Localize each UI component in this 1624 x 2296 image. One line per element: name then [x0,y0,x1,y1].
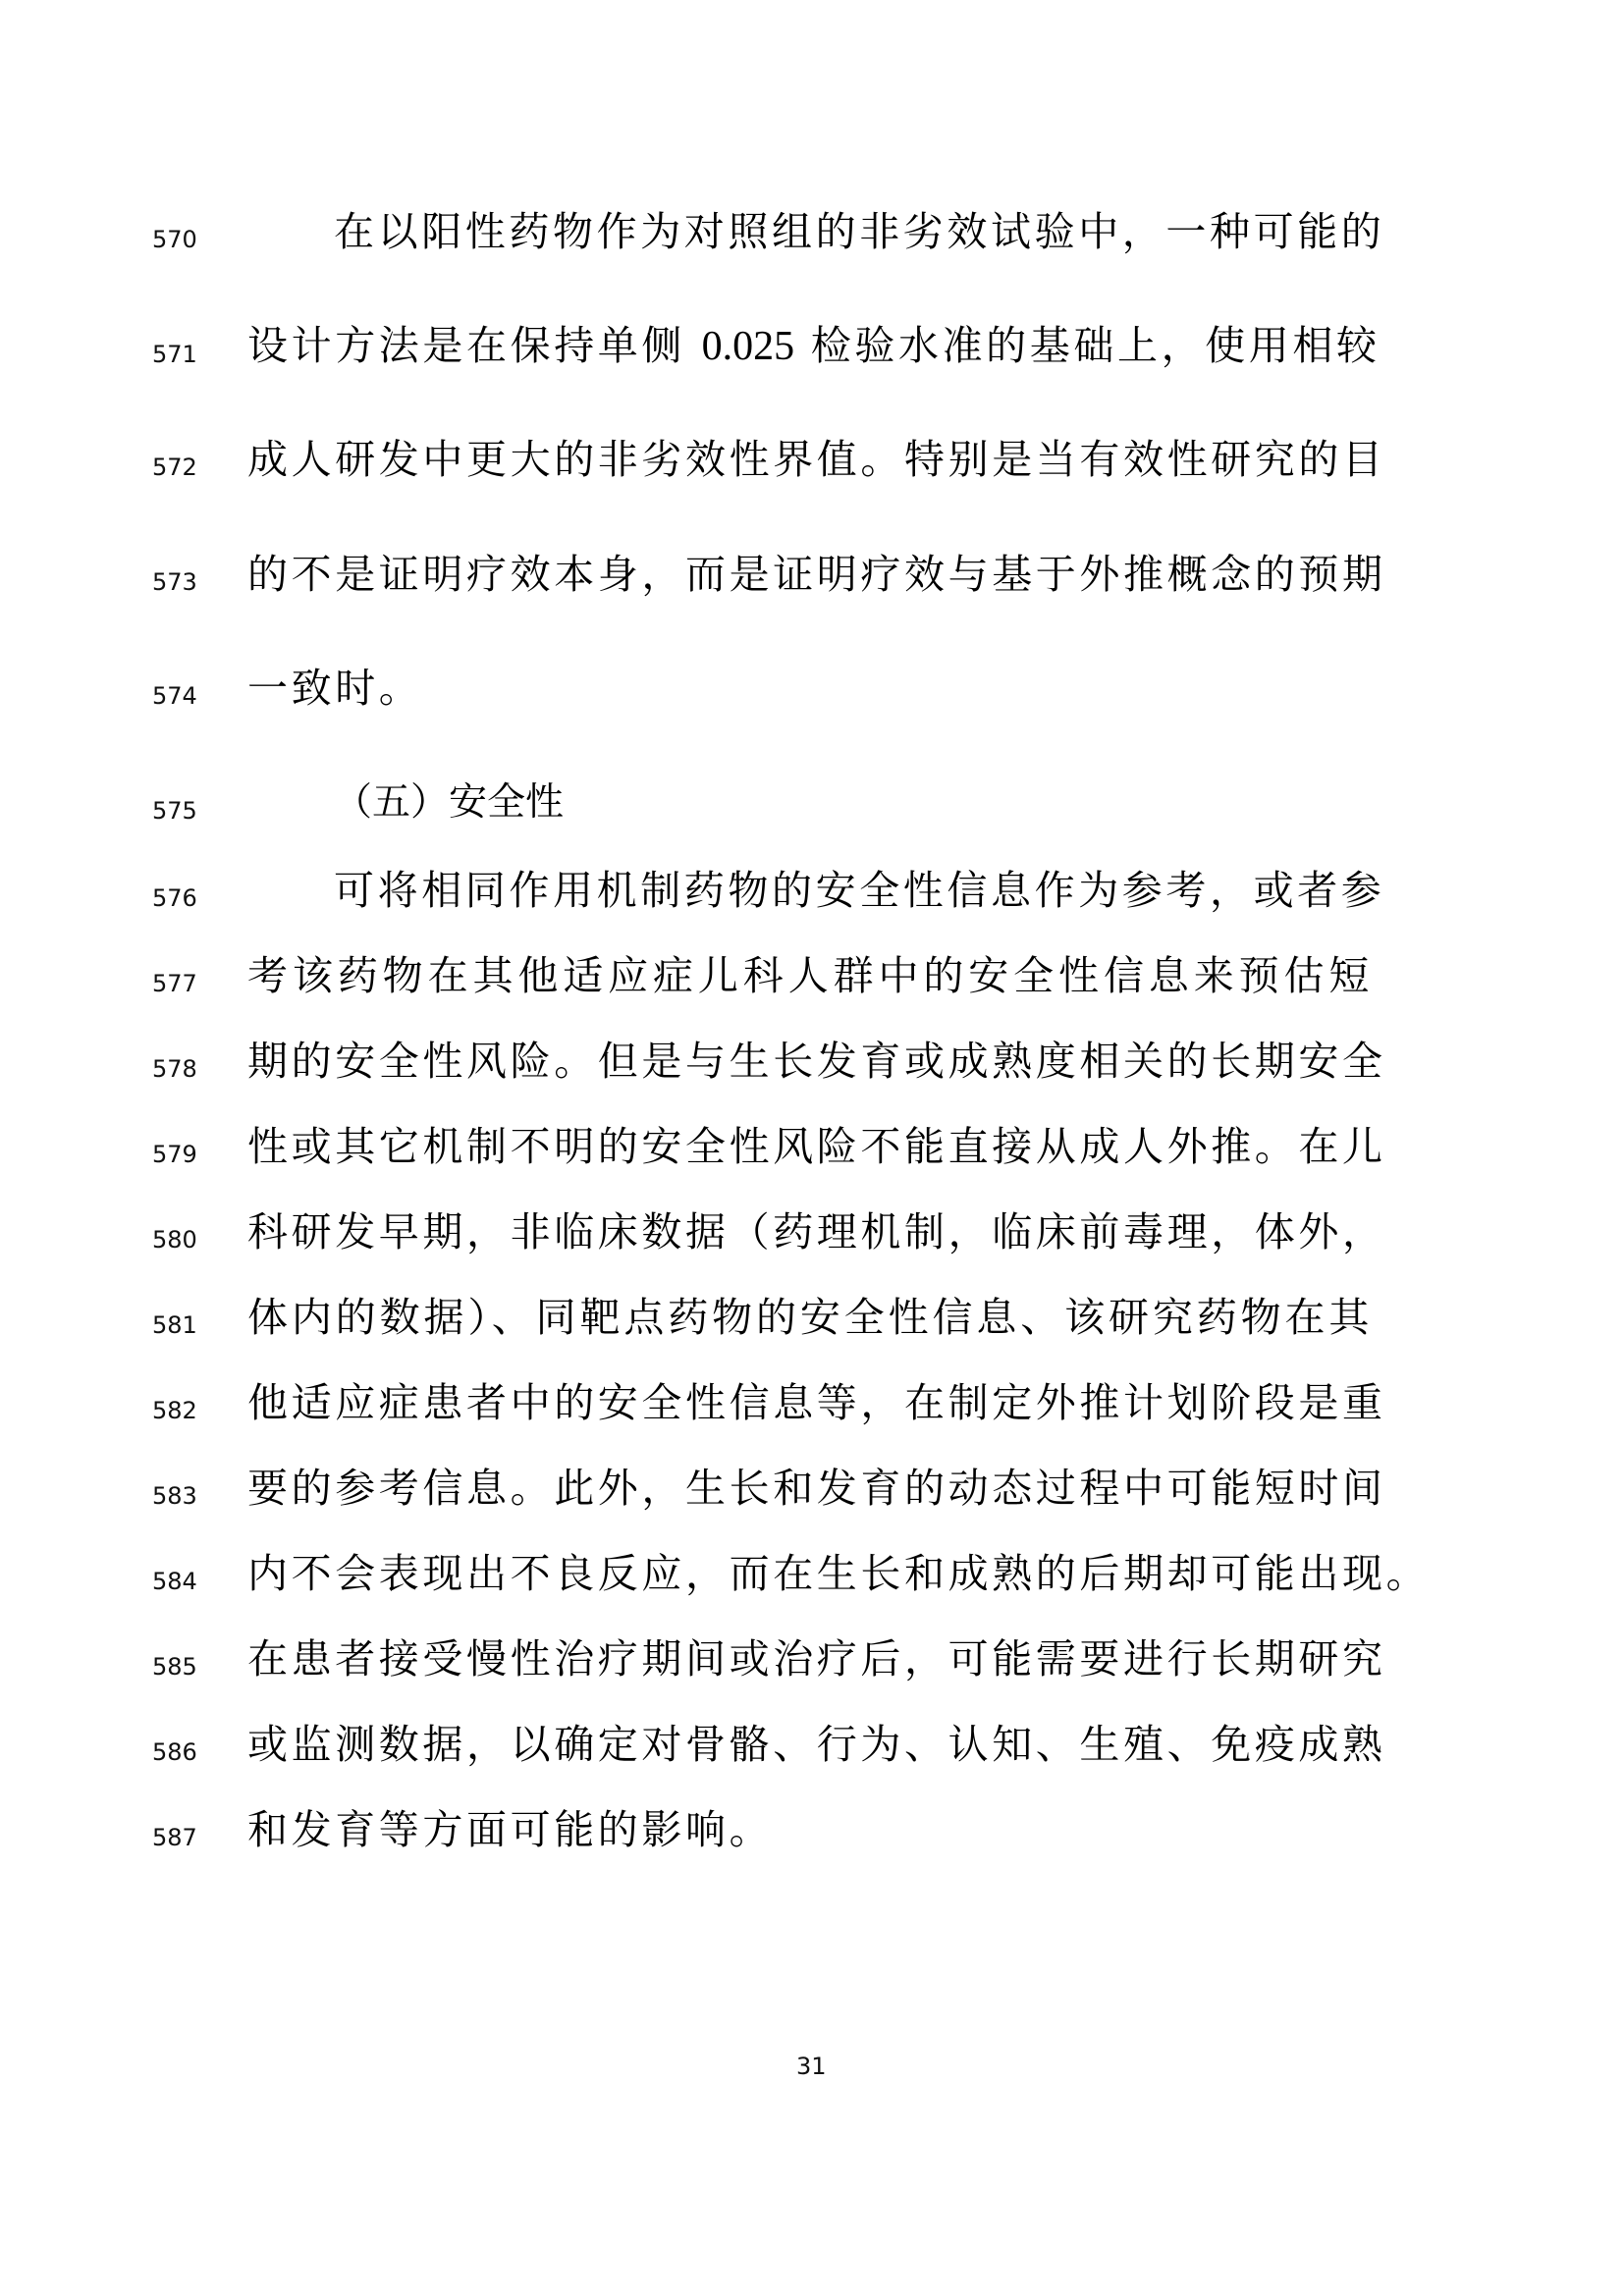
line-579: 579 性或其它机制不明的安全性风险不能直接从成人外推。在儿 [0,1117,1624,1176]
line-number: 582 [152,1399,197,1422]
line-number: 583 [152,1484,197,1508]
line-585: 585 在患者接受慢性治疗期间或治疗后，可能需要进行长期研究 [0,1629,1624,1688]
line-number: 575 [152,799,197,823]
line-number: 576 [152,886,197,910]
section-heading: （五）安全性 [334,779,564,827]
line-580: 580 科研发早期，非临床数据（药理机制，临床前毒理，体外， [0,1202,1624,1261]
paragraph-text: 和发育等方面可能的影响。 [247,1806,773,1853]
paragraph-text: 或监测数据，以确定对骨骼、行为、认知、生殖、免疫成熟 [247,1721,1373,1768]
line-number: 573 [152,570,197,594]
line-584: 584 内不会表现出不良反应，而在生长和成熟的后期却可能出现。 [0,1544,1624,1603]
line-583: 583 要的参考信息。此外，生长和发育的动态过程中可能短时间 [0,1459,1624,1518]
line-570: 570 在以阳性药物作为对照组的非劣效试验中，一种可能的 [0,202,1624,261]
paragraph-text: 科研发早期，非临床数据（药理机制，临床前毒理，体外， [247,1208,1373,1255]
line-587: 587 和发育等方面可能的影响。 [0,1800,1624,1859]
line-575: 575 （五）安全性 [0,774,1624,832]
paragraph-text: 在以阳性药物作为对照组的非劣效试验中，一种可能的 [334,208,1373,255]
line-number: 579 [152,1143,197,1166]
line-number: 571 [152,343,197,366]
line-number: 577 [152,972,197,995]
document-page: 570 在以阳性药物作为对照组的非劣效试验中，一种可能的 571 设计方法是在保… [0,0,1624,2296]
line-number: 574 [152,684,197,708]
paragraph-text: 他适应症患者中的安全性信息等，在制定外推计划阶段是重 [247,1379,1373,1426]
line-573: 573 的不是证明疗效本身，而是证明疗效与基于外推概念的预期 [0,545,1624,604]
paragraph-text: 的不是证明疗效本身，而是证明疗效与基于外推概念的预期 [247,551,1373,598]
page-number: 31 [796,2052,827,2081]
paragraph-text: 体内的数据）、同靶点药物的安全性信息、该研究药物在其 [247,1294,1373,1341]
paragraph-text: 要的参考信息。此外，生长和发育的动态过程中可能短时间 [247,1465,1373,1512]
line-number: 570 [152,228,197,251]
line-number: 584 [152,1570,197,1593]
paragraph-text: 成人研发中更大的非劣效性界值。特别是当有效性研究的目 [247,436,1373,483]
line-578: 578 期的安全性风险。但是与生长发育或成熟度相关的长期安全 [0,1032,1624,1091]
paragraph-text: 可将相同作用机制药物的安全性信息作为参考，或者参 [334,867,1373,914]
paragraph-text: 在患者接受慢性治疗期间或治疗后，可能需要进行长期研究 [247,1635,1373,1682]
paragraph-text: 一致时。 [247,665,422,712]
line-number: 585 [152,1655,197,1679]
line-number: 581 [152,1313,197,1337]
text-segment: 设计方法是在保持单侧 [247,322,702,369]
line-586: 586 或监测数据，以确定对骨骼、行为、认知、生殖、免疫成熟 [0,1715,1624,1774]
line-574: 574 一致时。 [0,659,1624,718]
paragraph-text: 性或其它机制不明的安全性风险不能直接从成人外推。在儿 [247,1123,1373,1170]
line-572: 572 成人研发中更大的非劣效性界值。特别是当有效性研究的目 [0,430,1624,489]
line-576: 576 可将相同作用机制药物的安全性信息作为参考，或者参 [0,861,1624,920]
line-581: 581 体内的数据）、同靶点药物的安全性信息、该研究药物在其 [0,1288,1624,1347]
line-number: 587 [152,1826,197,1849]
line-582: 582 他适应症患者中的安全性信息等，在制定外推计划阶段是重 [0,1373,1624,1432]
line-571: 571 设计方法是在保持单侧 0.025 检验水准的基础上，使用相较 [0,317,1624,376]
text-segment: 检验水准的基础上，使用相较 [794,322,1380,369]
paragraph-text: 内不会表现出不良反应，而在生长和成熟的后期却可能出现。 [247,1550,1391,1597]
significance-level-value: 0.025 [702,324,795,369]
line-number: 586 [152,1740,197,1764]
line-577: 577 考该药物在其他适应症儿科人群中的安全性信息来预估短 [0,946,1624,1005]
paragraph-text: 考该药物在其他适应症儿科人群中的安全性信息来预估短 [247,952,1373,999]
line-number: 578 [152,1057,197,1081]
line-number: 580 [152,1228,197,1252]
line-number: 572 [152,455,197,479]
paragraph-text: 期的安全性风险。但是与生长发育或成熟度相关的长期安全 [247,1038,1373,1085]
paragraph-text: 设计方法是在保持单侧 0.025 检验水准的基础上，使用相较 [247,322,1373,370]
